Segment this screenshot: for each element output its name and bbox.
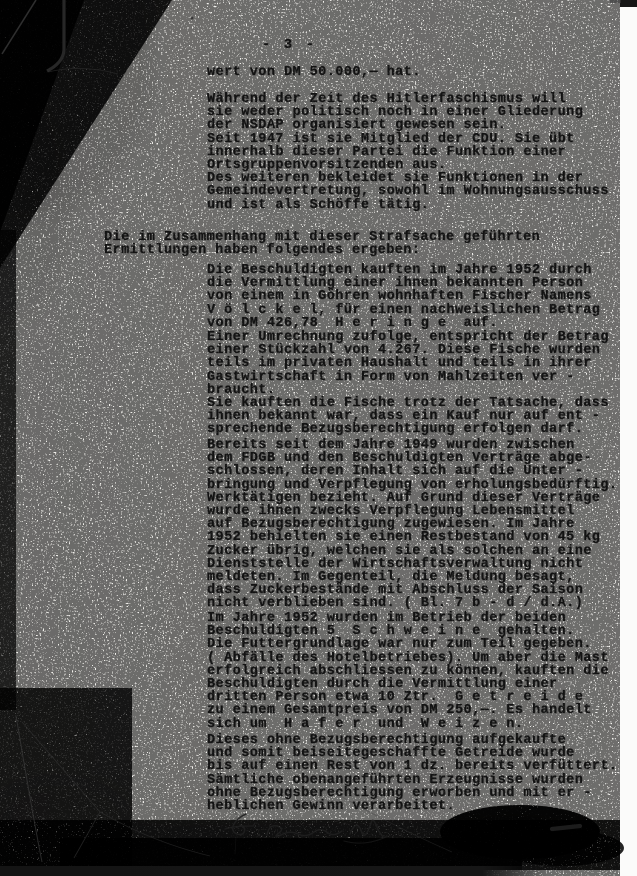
paragraph-fdgb-contracts: Bereits seit dem Jahre 1949 wurden zwisc… [207, 439, 617, 611]
page-number: - 3 - [262, 38, 317, 52]
typewritten-text-layer: - 3 - wert von DM 50.000,— hat. Während … [0, 0, 637, 876]
paragraph-fish-usage: Einer Umrechnung zufolge, entspricht der… [207, 331, 609, 437]
paragraph-asset-value: wert von DM 50.000,— hat. [207, 66, 421, 79]
paragraph-conclusion: Dieses ohne Bezugsberechtigung aufgekauf… [207, 734, 617, 813]
scanned-document-page: - 3 - wert von DM 50.000,— hat. Während … [0, 0, 637, 876]
paragraph-investigation-intro: Die im Zusammenhang mit dieser Strafsach… [104, 231, 540, 257]
paragraph-herring-purchase: Die Beschuldigten kauften im Jahre 1952 … [207, 264, 600, 330]
paragraph-political-history: Während der Zeit des Hitlerfaschismus wi… [207, 93, 609, 212]
paragraph-pigs-grain: Im Jahre 1952 wurden im Betrieb der beid… [207, 612, 609, 731]
